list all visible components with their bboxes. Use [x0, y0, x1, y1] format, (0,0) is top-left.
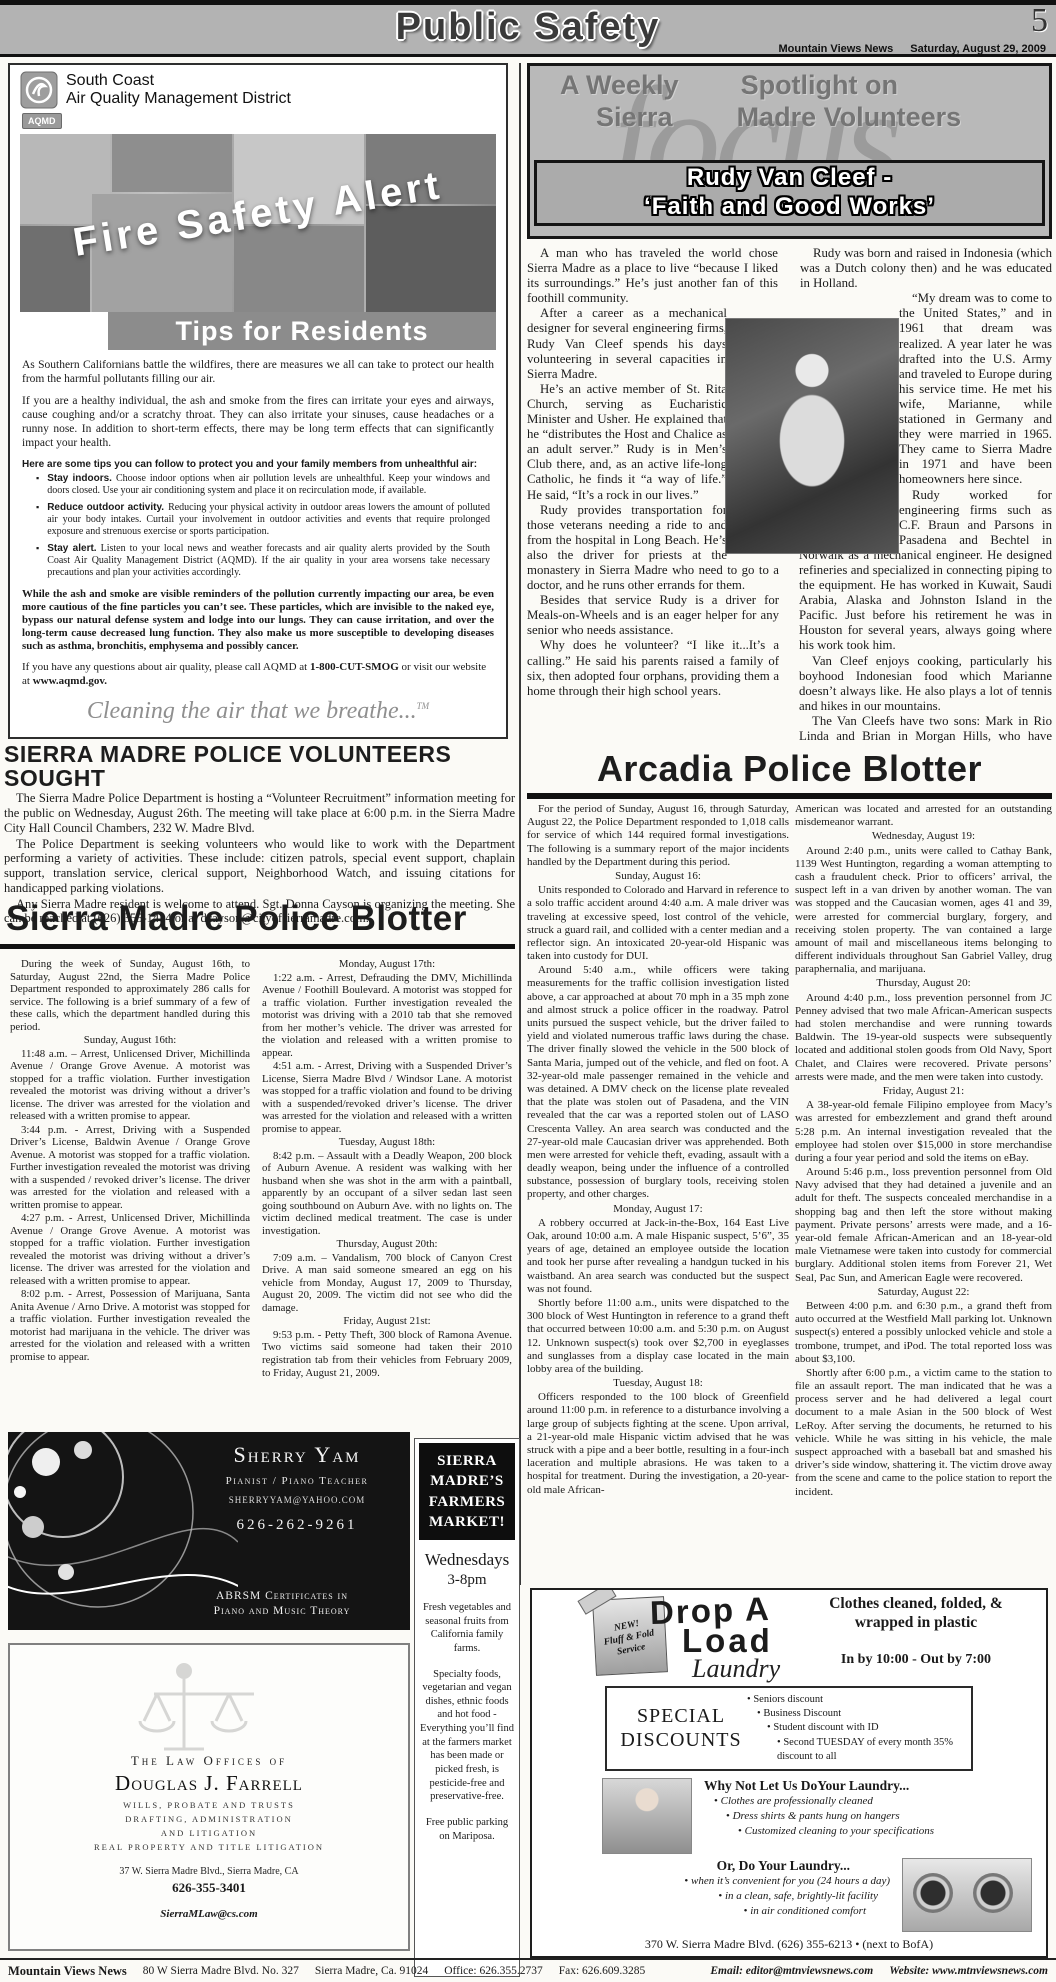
aqmd-contact: If you have any questions about air qual…	[22, 661, 494, 689]
issue-date: Saturday, August 29, 2009	[910, 43, 1046, 55]
smpd-blotter-column-1: During the week of Sunday, August 16th, …	[10, 958, 250, 1410]
blotter-entry: 9:53 p.m. - Petty Theft, 300 block of Ra…	[262, 1329, 512, 1379]
rudy-van-cleef-article: A man who has traveled the world chose S…	[527, 246, 1052, 746]
blotter-date: Tuesday, August 18:	[527, 1377, 789, 1390]
discount-item: Second TUESDAY of every month 35% discou…	[777, 1736, 963, 1764]
spotlight-word: Sierra	[596, 102, 673, 132]
volunteers-paragraph: The Sierra Madre Police Department is ho…	[4, 791, 515, 835]
footer-email: Email: editor@mtnviewsnews.com	[710, 1965, 873, 1977]
cert-line: ABRSM Certificates in	[162, 1589, 402, 1605]
tips-banner: Tips for Residents	[108, 312, 496, 350]
aqmd-tagline: Cleaning the air that we breathe...TM	[20, 698, 496, 725]
why-section: Why Not Let Us DoYour Laundry... Clothes…	[602, 1778, 1036, 1854]
discounts-title-line: DISCOUNTS	[615, 1728, 747, 1752]
laundry-logo-line3: Laundry	[692, 1654, 780, 1684]
farmers-paragraph: Specialty foods, vegetarian and vegan di…	[420, 1668, 514, 1804]
law-email: SierraMLaw@cs.com	[10, 1908, 408, 1920]
blotter-entry: Around 4:40 p.m., loss prevention person…	[795, 992, 1052, 1084]
washer-drum	[973, 1873, 1013, 1913]
blotter-entry: Around 5:40 a.m., while officers were ta…	[527, 964, 789, 1201]
or-item: in a clean, safe, brightly-lit facility	[592, 1889, 878, 1904]
photo-spacer	[778, 246, 779, 318]
sherry-yam-ad: Sherry Yam Pianist / Piano Teacher sherr…	[8, 1432, 410, 1630]
sherry-name: Sherry Yam	[192, 1442, 402, 1468]
smpd-headline-rule	[0, 944, 515, 949]
title-line: MARKET!	[421, 1512, 513, 1532]
law-phone: 626-355-3401	[10, 1880, 408, 1896]
article-paragraph: Why does he volunteer? “I like it...It’s…	[527, 638, 779, 698]
blotter-entry: 8:02 p.m. - Arrest, Possession of Mariju…	[10, 1288, 250, 1363]
blotter-continuation: American was located and arrested for an…	[795, 803, 1052, 829]
blotter-entry: Shortly before 11:00 a.m., units were di…	[527, 1297, 789, 1376]
blotter-date: Sunday, August 16:	[527, 870, 789, 883]
farmers-day: Wednesdays	[415, 1550, 519, 1570]
discounts-list: Seniors discount Business Discount Stude…	[747, 1693, 963, 1764]
volunteers-paragraph: The Police Department is seeking volunte…	[4, 837, 515, 896]
spotlight-word: Madre Volunteers	[737, 102, 962, 132]
farmers-market-ad: SIERRA MADRE’S FARMERS MARKET! Wednesday…	[414, 1438, 520, 1977]
law-practice-line: Drafting, Administration	[10, 1814, 408, 1824]
or-item: in air conditioned comfort	[592, 1904, 866, 1919]
laundry-headline: Clothes cleaned, folded, & wrapped in pl…	[800, 1594, 1032, 1633]
sherry-phone: 626-262-9261	[192, 1517, 402, 1534]
community-photo-collage: Fire Safety Alert	[20, 134, 496, 312]
footer-office: Office: 626.355.2737	[444, 1965, 542, 1977]
footer-publication: Mountain Views News	[8, 1964, 127, 1979]
sherry-email: sherryyam@yahoo.com	[192, 1495, 402, 1505]
aqmd-flyer: South Coast Air Quality Management Distr…	[8, 63, 508, 739]
trademark: TM	[417, 701, 430, 711]
law-practice-line: Wills, Probate and Trusts	[10, 1800, 408, 1810]
tip-lead: Stay indoors.	[47, 473, 112, 484]
arcadia-blotter-headline: Arcadia Police Blotter	[527, 748, 1052, 790]
why-item: Dress shirts & pants hung on hangers	[726, 1809, 934, 1824]
aqmd-logo-icon	[20, 71, 58, 109]
blotter-entry: 3:44 p.m. - Arrest, Driving with a Suspe…	[10, 1124, 250, 1212]
volunteers-headline: SIERRA MADRE POLICE VOLUNTEERS SOUGHT	[4, 742, 515, 790]
tip-item: Reduce outdoor activity.Reducing your ph…	[36, 502, 490, 538]
article-paragraph: Besides that service Rudy is a driver fo…	[527, 593, 779, 638]
aqmd-website: www.aqmd.gov.	[33, 675, 107, 687]
farmers-paragraph: Free public parking on Mariposa.	[420, 1816, 514, 1843]
photo-tile	[366, 206, 496, 312]
sherry-certificates: ABRSM Certificates in Piano and Music Th…	[162, 1589, 402, 1620]
blotter-entry: A robbery occurred at Jack-in-the-Box, 1…	[527, 1217, 789, 1296]
or-section: Or, Do Your Laundry... when it’s conveni…	[592, 1858, 1032, 1932]
article-paragraph: A man who has traveled the world chose S…	[527, 246, 779, 306]
law-office-ad: The Law Offices of Douglas J. Farrell Wi…	[8, 1643, 410, 1951]
scales-of-justice-icon	[124, 1659, 294, 1759]
aqmd-header: South Coast Air Quality Management Distr…	[20, 71, 496, 109]
masthead: Public Safety 5 Mountain Views News Satu…	[0, 0, 1056, 57]
footer-city: Sierra Madre, Ca. 91024	[315, 1965, 428, 1977]
tip-lead: Reduce outdoor activity.	[47, 502, 164, 513]
blotter-date: Monday, August 17:	[527, 1203, 789, 1216]
blotter-date: Friday, August 21:	[795, 1085, 1052, 1098]
sherry-title: Pianist / Piano Teacher	[192, 1475, 402, 1487]
tip-item: Stay alert.Listen to your local news and…	[36, 543, 490, 579]
blotter-date: Friday, August 21st:	[262, 1315, 512, 1328]
why-title: Why Not Let Us DoYour Laundry...	[704, 1778, 934, 1794]
aqmd-paragraph: If you are a healthy individual, the ash…	[22, 394, 494, 450]
page-footer: Mountain Views News 80 W Sierra Madre Bl…	[0, 1958, 1056, 1982]
blotter-entry: Units responded to Colorado and Harvard …	[527, 884, 789, 963]
blotter-entry: Officers responded to the 100 block of G…	[527, 1391, 789, 1497]
blotter-date: Sunday, August 16th:	[10, 1034, 250, 1047]
blotter-entry: 11:48 a.m. – Arrest, Unlicensed Driver, …	[10, 1048, 250, 1123]
title-line: SIERRA	[421, 1451, 513, 1471]
law-ad-text: The Law Offices of Douglas J. Farrell Wi…	[10, 1753, 408, 1920]
arcadia-headline-rule	[527, 793, 1052, 799]
aqmd-phone: 1-800-CUT-SMOG	[310, 661, 399, 673]
why-item: Clothes are professionally cleaned	[714, 1794, 934, 1809]
tagline-text: Cleaning the air that we breathe...	[87, 698, 417, 724]
blotter-date: Thursday, August 20th:	[262, 1238, 512, 1251]
blotter-paragraph: For the period of Sunday, August 16, thr…	[527, 803, 789, 869]
arcadia-blotter-column-2: American was located and arrested for an…	[795, 803, 1052, 1585]
aqmd-org-name: South Coast Air Quality Management Distr…	[66, 72, 291, 108]
title-line: FARMERS	[421, 1492, 513, 1512]
blotter-entry: A 38-year-old female Filipino employee f…	[795, 1099, 1052, 1165]
footer-website: Website: www.mtnviewsnews.com	[889, 1965, 1048, 1977]
tip-text: Listen to your local news and weather fo…	[47, 543, 490, 578]
blotter-entry: 4:27 p.m. - Arrest, Unlicensed Driver, M…	[10, 1212, 250, 1287]
cert-line: Piano and Music Theory	[162, 1604, 402, 1620]
laundry-address: 370 W. Sierra Madre Blvd. (626) 355-6213…	[532, 1937, 1046, 1952]
photo-tile	[234, 226, 364, 312]
discount-item: Business Discount	[757, 1707, 963, 1721]
tip-text: Choose indoor options when air pollution…	[47, 473, 490, 496]
blotter-entry: 7:09 a.m. – Vandalism, 700 block of Cany…	[262, 1252, 512, 1315]
law-name: Douglas J. Farrell	[10, 1771, 408, 1796]
tip-lead: Stay alert.	[47, 543, 96, 554]
newspaper-page: Public Safety 5 Mountain Views News Satu…	[0, 0, 1056, 1982]
blotter-paragraph: During the week of Sunday, August 16th, …	[10, 958, 250, 1033]
blotter-entry: Around 2:40 p.m., units were called to C…	[795, 845, 1052, 977]
blotter-date: Monday, August 17th:	[262, 958, 512, 971]
farmers-market-title: SIERRA MADRE’S FARMERS MARKET!	[419, 1443, 515, 1540]
sherry-ad-text: Sherry Yam Pianist / Piano Teacher sherr…	[192, 1442, 402, 1534]
aqmd-org-line1: South Coast	[66, 72, 291, 90]
rudy-van-cleef-photo	[725, 318, 899, 554]
focus-title-line2: ‘Faith and Good Works’	[537, 192, 1042, 221]
law-address: 37 W. Sierra Madre Blvd., Sierra Madre, …	[10, 1866, 408, 1877]
blotter-entry: Shortly after 6:00 p.m., a victim came t…	[795, 1367, 1052, 1499]
article-paragraph: Rudy was born and raised in Indonesia (w…	[799, 246, 1052, 291]
arcadia-blotter-column-1: For the period of Sunday, August 16, thr…	[527, 803, 789, 1585]
discount-item: Student discount with ID	[767, 1721, 963, 1735]
blotter-entry: 8:42 p.m. – Assault with a Deadly Weapon…	[262, 1150, 512, 1238]
discount-item: Seniors discount	[747, 1693, 963, 1707]
aqmd-badge: AQMD	[22, 113, 62, 129]
tip-item: Stay indoors.Choose indoor options when …	[36, 473, 490, 497]
washing-machines-photo	[902, 1858, 1032, 1932]
special-discounts-box: SPECIAL DISCOUNTS Seniors discount Busin…	[605, 1686, 973, 1771]
why-item: Customized cleaning to your specificatio…	[738, 1824, 934, 1839]
or-title: Or, Do Your Laundry...	[592, 1858, 850, 1874]
focus-title-bar: Rudy Van Cleef - ‘Faith and Good Works’	[534, 160, 1045, 226]
contact-text: If you have any questions about air qual…	[22, 661, 310, 673]
aqmd-org-line2: Air Quality Management District	[66, 90, 291, 108]
tips-intro: Here are some tips you can follow to pro…	[22, 459, 494, 470]
footer-fax: Fax: 626.609.3285	[559, 1965, 646, 1977]
spotlight-word: A Weekly	[560, 70, 679, 100]
blotter-date: Tuesday, August 18th:	[262, 1136, 512, 1149]
or-item: when it’s convenient for you (24 hours a…	[592, 1874, 890, 1889]
publication-name: Mountain Views News	[779, 43, 894, 55]
page-number: 5	[1031, 2, 1048, 40]
laundry-hours: In by 10:00 - Out by 7:00	[800, 1652, 1032, 1668]
blotter-date: Saturday, August 22:	[795, 1286, 1052, 1299]
farmers-paragraph: Fresh vegetables and seasonal fruits fro…	[420, 1601, 514, 1656]
photo-tile	[112, 134, 232, 192]
spotlight-word: Spotlight on	[741, 70, 898, 100]
why-text: Why Not Let Us DoYour Laundry... Clothes…	[704, 1778, 934, 1854]
box-flap	[577, 1588, 616, 1615]
woman-photo	[602, 1778, 692, 1854]
washer-drum	[913, 1873, 953, 1913]
blotter-date: Wednesday, August 19:	[795, 830, 1052, 843]
smpd-blotter-headline: Sierra Madre Police Blotter	[6, 899, 467, 939]
aqmd-warning: While the ash and smoke are visible remi…	[22, 588, 494, 653]
footer-address: 80 W Sierra Madre Blvd. No. 327	[143, 1965, 299, 1977]
spotlight-line-2: SierraMadre Volunteers	[596, 102, 1025, 133]
spotlight-line-1: A WeeklySpotlight on	[560, 70, 960, 101]
blotter-entry: 1:22 a.m. - Arrest, Defrauding the DMV, …	[262, 972, 512, 1060]
blotter-entry: Around 5:46 p.m., loss prevention person…	[795, 1166, 1052, 1285]
article-paragraph: Van Cleef enjoys cooking, particularly h…	[799, 654, 1052, 714]
law-practice-line: and Litigation	[10, 1828, 408, 1838]
blotter-entry: Between 4:00 p.m. and 6:30 p.m., a grand…	[795, 1300, 1052, 1366]
farmers-time: 3-8pm	[415, 1572, 519, 1589]
or-text: Or, Do Your Laundry... when it’s conveni…	[592, 1858, 890, 1919]
masthead-credit: Mountain Views News Saturday, August 29,…	[765, 43, 1047, 55]
law-practice-line: Real Property and Title Litigation	[10, 1842, 408, 1852]
column-divider	[519, 63, 521, 1585]
blotter-entry: 4:51 a.m. - Arrest, Driving with a Suspe…	[262, 1060, 512, 1135]
article-paragraph: The Van Cleefs have two sons: Mark in Ri…	[799, 714, 1052, 746]
focus-spotlight-box: focus A WeeklySpotlight on SierraMadre V…	[527, 63, 1052, 239]
laundry-ad-top: NEW! Fluff & Fold Service Drop A Load La…	[532, 1590, 1046, 1682]
law-pre: The Law Offices of	[10, 1753, 408, 1769]
aqmd-paragraph: As Southern Californians battle the wild…	[22, 358, 494, 386]
title-line: MADRE’S	[421, 1471, 513, 1491]
focus-title-line1: Rudy Van Cleef -	[537, 163, 1042, 192]
smpd-blotter-column-2: Monday, August 17th: 1:22 a.m. - Arrest,…	[262, 958, 512, 1410]
discounts-title: SPECIAL DISCOUNTS	[615, 1704, 747, 1752]
blotter-date: Thursday, August 20:	[795, 977, 1052, 990]
laundry-ad: NEW! Fluff & Fold Service Drop A Load La…	[530, 1588, 1048, 1958]
discounts-title-line: SPECIAL	[615, 1704, 747, 1728]
